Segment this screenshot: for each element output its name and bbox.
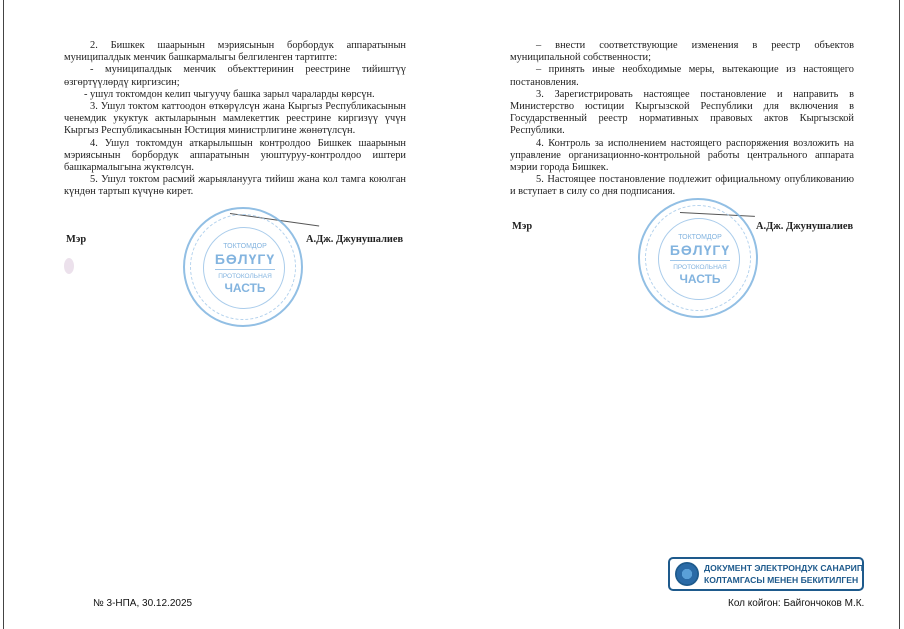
stamp-text-top: ТОКТОМДОР xyxy=(640,234,760,241)
stamp-text-bottom: ЧАСТЬ xyxy=(640,272,760,286)
badge-text: ДОКУМЕНТ ЭЛЕКТРОНДУК САНАРИП КОЛТАМГАСЫ … xyxy=(704,562,863,586)
scan-smudge xyxy=(64,258,74,274)
signature-name: А.Дж. Джунушалиев xyxy=(306,234,403,245)
stamp-text-main: БӨЛҮГҮ xyxy=(640,242,760,258)
stamp-text-bottom: ЧАСТЬ xyxy=(185,281,305,295)
signature-name: А.Дж. Джунушалиев xyxy=(756,221,853,232)
kyrgyz-emblem-icon xyxy=(675,562,699,586)
stamp-divider xyxy=(670,260,730,261)
official-stamp: ТОКТОМДОР БӨЛҮГҮ ПРОТОКОЛЬНАЯ ЧАСТЬ xyxy=(183,207,303,327)
e-signature-badge: ДОКУМЕНТ ЭЛЕКТРОНДУК САНАРИП КОЛТАМГАСЫ … xyxy=(668,557,864,591)
badge-line-2: КОЛТАМГАСЫ МЕНЕН БЕКИТИЛГЕН xyxy=(704,574,863,586)
left-page-body: 2. Бишкек шаарынын мэриясынын борбордук … xyxy=(64,40,406,199)
stamp-text-sub: ПРОТОКОЛЬНАЯ xyxy=(185,273,305,280)
paragraph: 4. Ушул токтомдун аткарылышын контролдоо… xyxy=(64,138,406,175)
paragraph: 5. Настоящее постановление подлежит офиц… xyxy=(510,174,854,198)
stamp-text-top: ТОКТОМДОР xyxy=(185,243,305,250)
stamp-text-sub: ПРОТОКОЛЬНАЯ xyxy=(640,264,760,271)
right-page-body: – внести соответствующие изменения в рее… xyxy=(510,40,854,199)
badge-line-1: ДОКУМЕНТ ЭЛЕКТРОНДУК САНАРИП xyxy=(704,562,863,574)
signature-title: Мэр xyxy=(66,234,86,245)
stamp-inner-circle xyxy=(658,218,740,300)
document-number: № 3-НПА, 30.12.2025 xyxy=(93,598,192,609)
stamp-divider xyxy=(215,269,275,270)
paragraph: - муниципалдык менчик объекттеринин реес… xyxy=(64,64,406,88)
paragraph: 3. Ушул токтом каттоодон өткөрүлсүн жана… xyxy=(64,101,406,138)
paragraph: – внести соответствующие изменения в рее… xyxy=(510,40,854,64)
paragraph: 4. Контроль за исполнением настоящего ра… xyxy=(510,138,854,175)
signature-title: Мэр xyxy=(512,221,532,232)
paragraph: 2. Бишкек шаарынын мэриясынын борбордук … xyxy=(64,40,406,64)
stamp-inner-circle xyxy=(203,227,285,309)
paragraph: - ушул токтомдон келип чыгуучу башка зар… xyxy=(64,89,406,101)
paragraph: 5. Ушул токтом расмий жарыяланууга тийиш… xyxy=(64,174,406,198)
official-stamp: ТОКТОМДОР БӨЛҮГҮ ПРОТОКОЛЬНАЯ ЧАСТЬ xyxy=(638,198,758,318)
signed-by: Кол койгон: Байгончоков М.К. xyxy=(728,598,864,609)
paragraph: 3. Зарегистрировать настоящее постановле… xyxy=(510,89,854,138)
stamp-text-main: БӨЛҮГҮ xyxy=(185,251,305,267)
paragraph: – принять иные необходимые меры, вытекаю… xyxy=(510,64,854,88)
page-border-right xyxy=(899,0,900,629)
page-border-left xyxy=(3,0,4,629)
